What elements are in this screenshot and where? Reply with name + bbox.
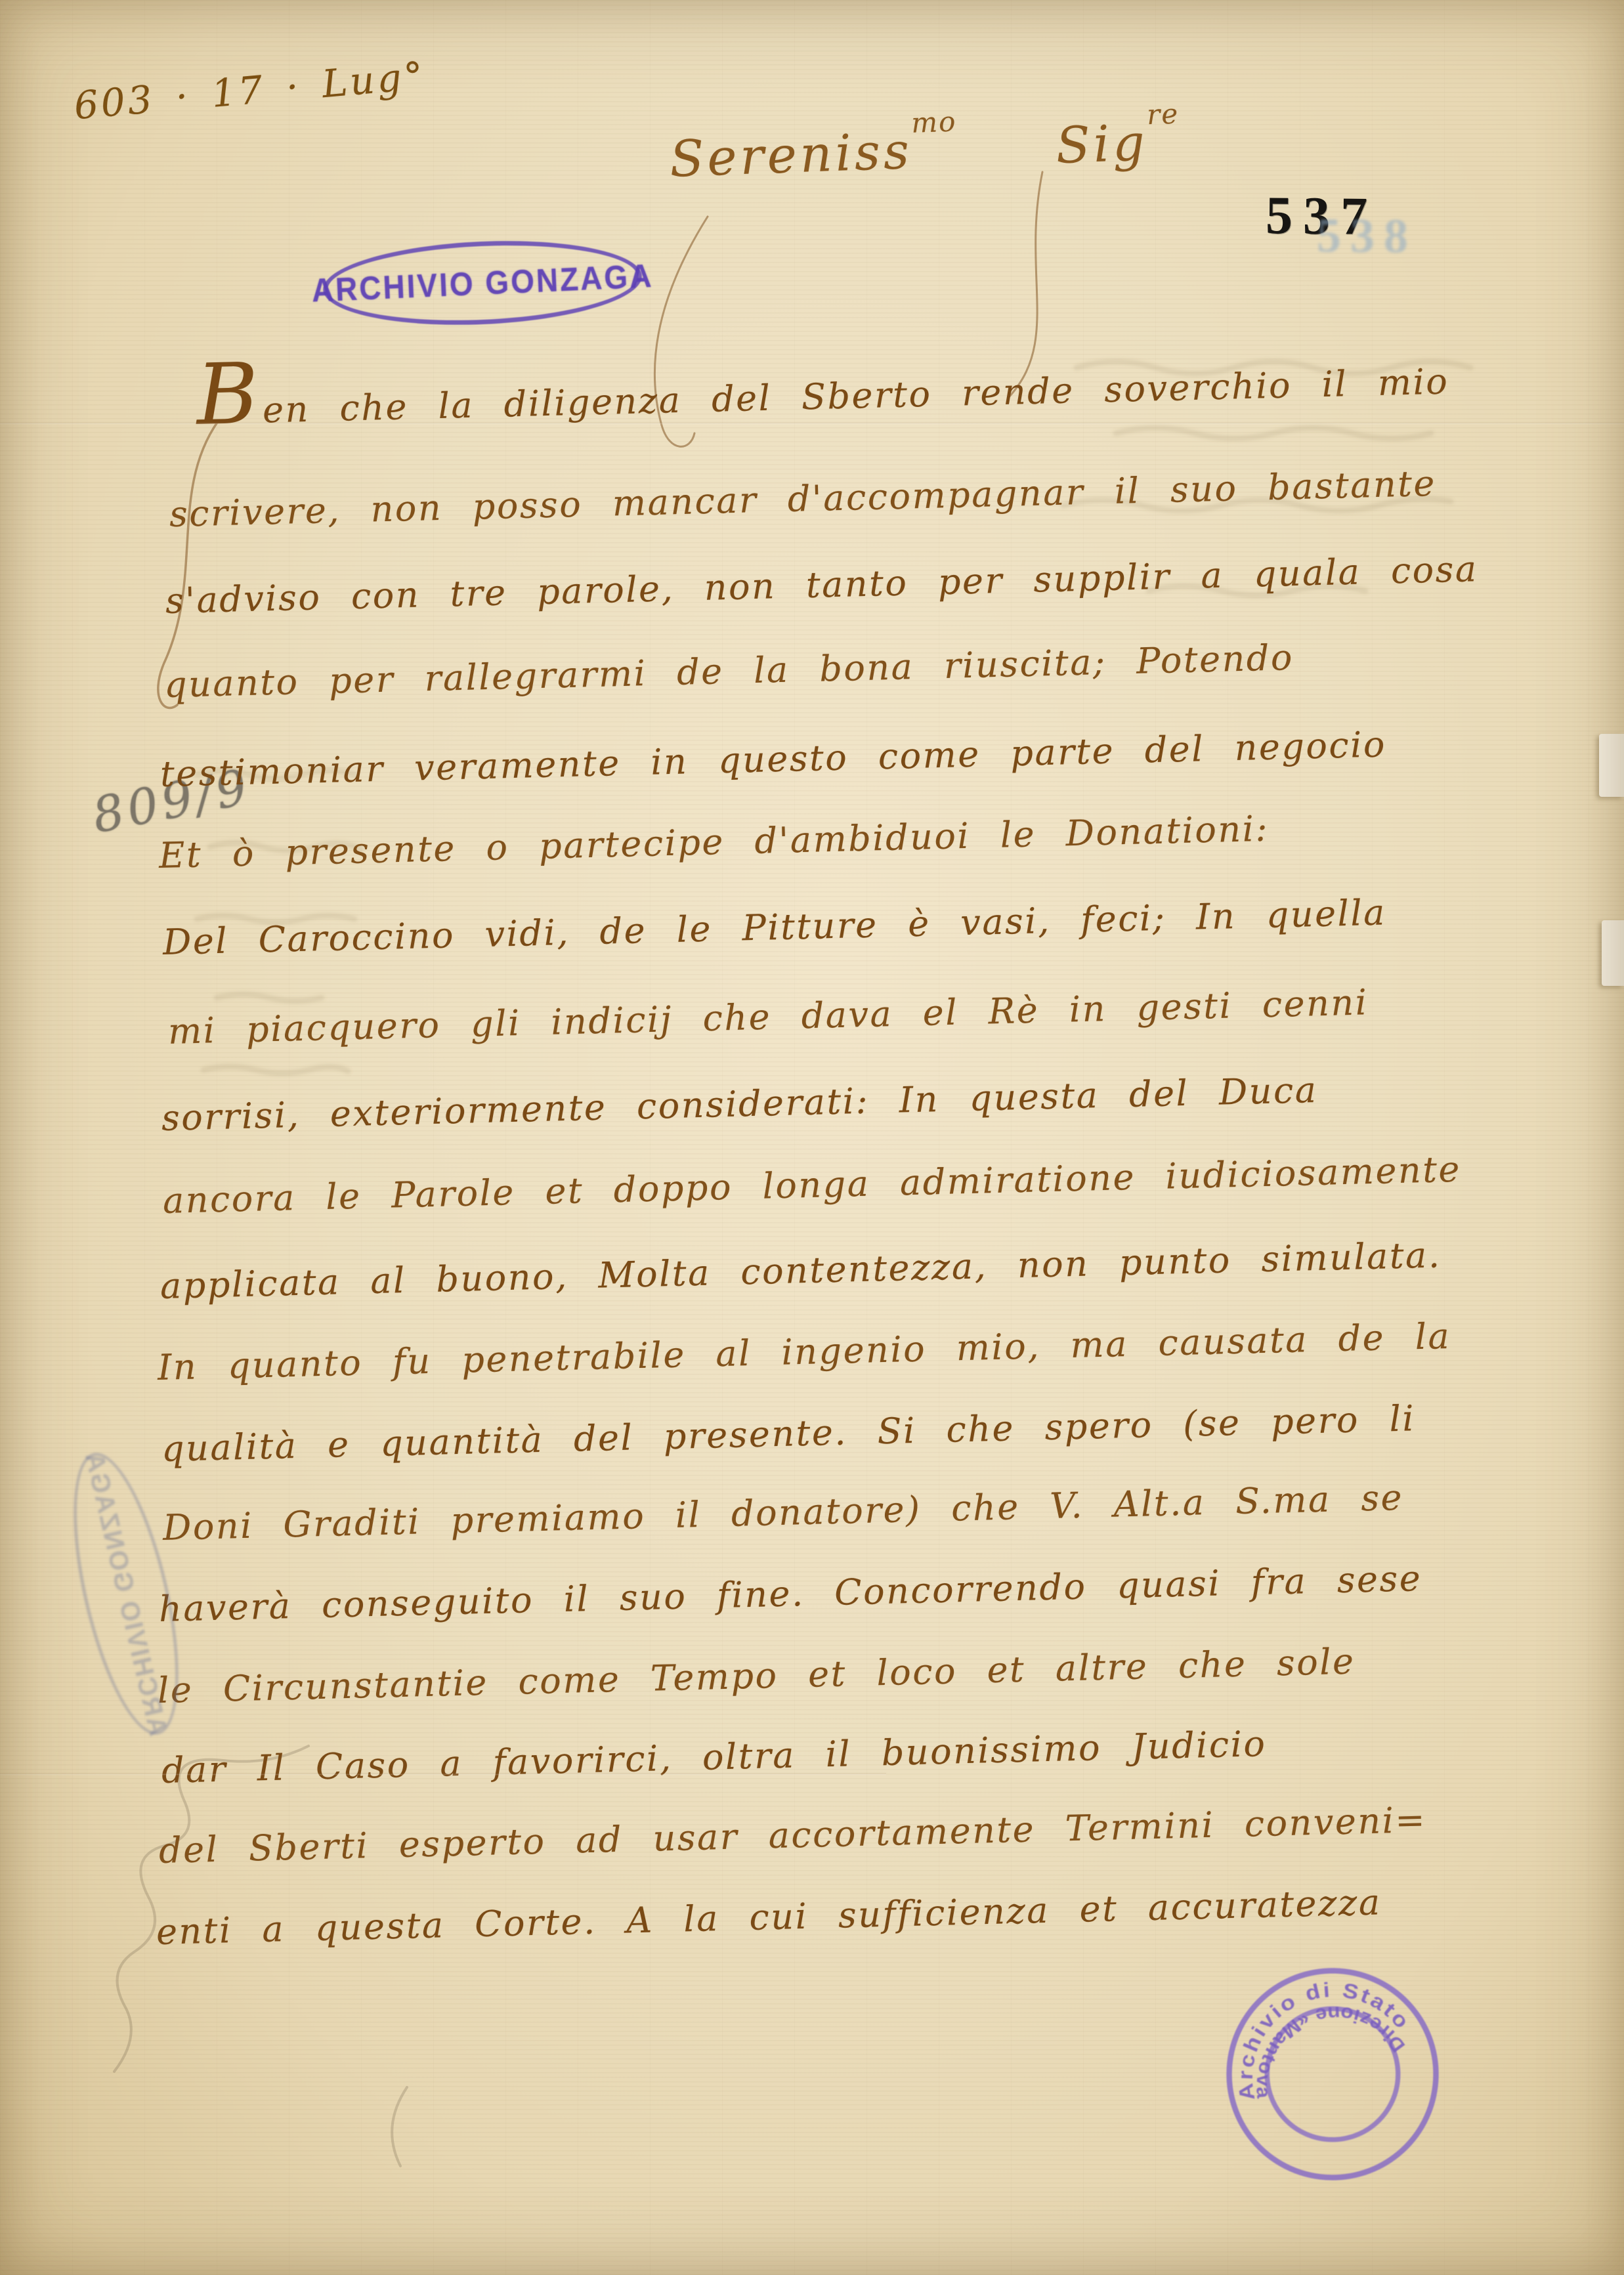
- letter-line: Et ò presente o partecipe d'ambiduoi le …: [158, 801, 1557, 876]
- letter-line: le Circunstantie come Tempo et loco et a…: [157, 1636, 1556, 1711]
- letter-page: 603 · 17 · Lug° SerenissmoSigre ARCHIVIO…: [0, 0, 1624, 2275]
- letter-line: mi piacquero gli indicij che dava el Rè …: [167, 977, 1566, 1052]
- letter-line: enti a questa Corte. A la cui sufficienz…: [156, 1877, 1554, 1953]
- letter-line: qualità e quantità del presente. Si che …: [161, 1394, 1560, 1470]
- letter-line: sorrisi, exteriormente considerati: In q…: [161, 1063, 1560, 1139]
- letter-body: Ben che la diligenza del Sberto rende so…: [0, 0, 1624, 2275]
- letter-line: Doni Graditi premiamo il donatore) che V…: [162, 1473, 1561, 1548]
- letter-line: haverà conseguito il suo fine. Concorren…: [158, 1554, 1557, 1630]
- paper-repair-tab: [1602, 920, 1624, 986]
- paper-repair-tab: [1599, 734, 1624, 797]
- letter-line: In quanto fu penetrabile al ingenio mio,…: [157, 1313, 1556, 1388]
- letter-line: Del Caroccino vidi, de le Pitture è vasi…: [162, 887, 1561, 963]
- letter-line: quanto per rallegrarmi de la bona riusci…: [163, 630, 1562, 706]
- letter-line: s'adviso con tre parole, non tanto per s…: [165, 546, 1564, 622]
- letter-line: applicata al buono, Molta contentezza, n…: [160, 1231, 1558, 1307]
- letter-line: Ben che la diligenza del Sberto rende so…: [196, 357, 1595, 433]
- letter-line: ancora le Parole et doppo longa admirati…: [162, 1146, 1561, 1222]
- letter-line: del Sberti esperto ad usar accortamente …: [158, 1796, 1557, 1871]
- letter-line: dar Il Caso a favorirci, oltra il buonis…: [161, 1716, 1560, 1791]
- letter-line: testimoniar veramente in questo come par…: [160, 719, 1558, 795]
- letter-line: scrivere, non posso mancar d'accompagnar…: [169, 459, 1568, 535]
